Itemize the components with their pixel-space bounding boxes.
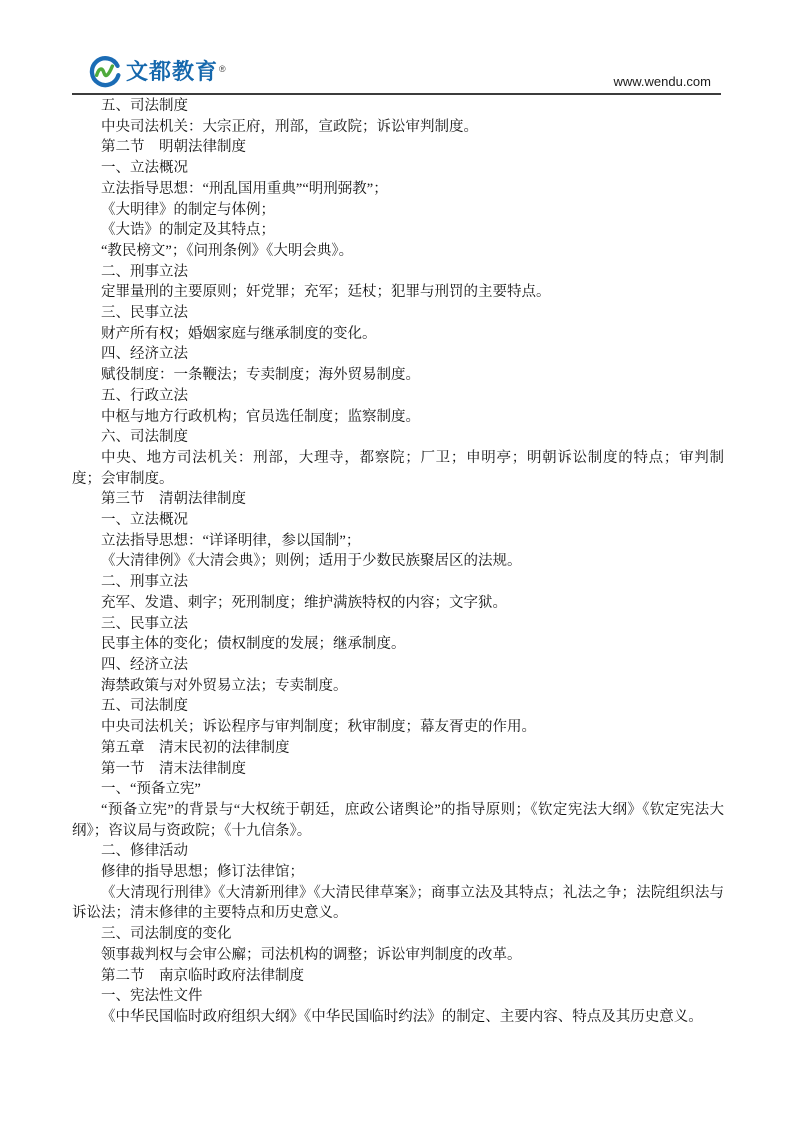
paragraph: 三、民事立法: [72, 614, 724, 635]
paragraph: 六、司法制度: [72, 427, 724, 448]
paragraph: 一、立法概况: [72, 158, 724, 179]
paragraph: 五、司法制度: [72, 696, 724, 717]
paragraph: 定罪量刑的主要原则；奸党罪；充军；廷杖；犯罪与刑罚的主要特点。: [72, 282, 724, 303]
paragraph: “预备立宪”的背景与“大权统于朝廷，庶政公诸舆论”的指导原则；《钦定宪法大纲》《…: [72, 800, 724, 841]
paragraph: 五、司法制度: [72, 96, 724, 117]
paragraph: 二、刑事立法: [72, 572, 724, 593]
paragraph: 一、宪法性文件: [72, 986, 724, 1007]
paragraph: 财产所有权；婚姻家庭与继承制度的变化。: [72, 324, 724, 345]
paragraph: 一、“预备立宪”: [72, 779, 724, 800]
paragraph: 《大清现行刑律》《大清新刑律》《大清民律草案》；商事立法及其特点；礼法之争；法院…: [72, 883, 724, 924]
paragraph: 立法指导思想：“刑乱国用重典”“明刑弼教”；: [72, 179, 724, 200]
paragraph: 《大明律》的制定与体例；: [72, 200, 724, 221]
paragraph: 一、立法概况: [72, 510, 724, 531]
paragraph: 中枢与地方行政机构；官员选任制度；监察制度。: [72, 407, 724, 428]
paragraph: 第三节 清朝法律制度: [72, 489, 724, 510]
paragraph: 三、民事立法: [72, 303, 724, 324]
paragraph: 中央司法机关：大宗正府，刑部，宣政院；诉讼审判制度。: [72, 117, 724, 138]
document-page: 文都教育 ® www.wendu.com 五、司法制度中央司法机关：大宗正府，刑…: [0, 0, 793, 1122]
paragraph: 中央司法机关；诉讼程序与审判制度；秋审制度；幕友胥吏的作用。: [72, 717, 724, 738]
paragraph: 民事主体的变化；债权制度的发展；继承制度。: [72, 634, 724, 655]
paragraph: 二、刑事立法: [72, 262, 724, 283]
paragraph: 《中华民国临时政府组织大纲》《中华民国临时约法》的制定、主要内容、特点及其历史意…: [72, 1007, 724, 1028]
paragraph: “教民榜文”；《问刑条例》《大明会典》。: [72, 241, 724, 262]
registered-trademark-mark: ®: [219, 64, 226, 74]
paragraph: 四、经济立法: [72, 655, 724, 676]
wendu-logo-icon: [88, 55, 121, 88]
paragraph: 五、行政立法: [72, 386, 724, 407]
paragraph: 赋役制度：一条鞭法；专卖制度；海外贸易制度。: [72, 365, 724, 386]
paragraph: 《大诰》的制定及其特点；: [72, 220, 724, 241]
paragraph: 四、经济立法: [72, 344, 724, 365]
paragraph: 《大清律例》《大清会典》；则例；适用于少数民族聚居区的法规。: [72, 551, 724, 572]
header-divider: [72, 93, 721, 95]
paragraph: 二、修律活动: [72, 841, 724, 862]
paragraph: 立法指导思想：“详译明律，参以国制”；: [72, 531, 724, 552]
paragraph: 充军、发遣、刺字；死刑制度；维护满族特权的内容；文字狱。: [72, 593, 724, 614]
brand-logo: 文都教育 ®: [88, 54, 225, 88]
website-url: www.wendu.com: [613, 74, 711, 89]
paragraph: 领事裁判权与会审公廨；司法机构的调整；诉讼审判制度的改革。: [72, 945, 724, 966]
paragraph: 第一节 清末法律制度: [72, 759, 724, 780]
paragraph: 第二节 明朝法律制度: [72, 137, 724, 158]
paragraph: 第二节 南京临时政府法律制度: [72, 966, 724, 987]
paragraph: 中央、地方司法机关：刑部，大理寺，都察院；厂卫；申明亭；明朝诉讼制度的特点；审判…: [72, 448, 724, 489]
paragraph: 修律的指导思想；修订法律馆；: [72, 862, 724, 883]
paragraph: 三、司法制度的变化: [72, 924, 724, 945]
paragraph: 第五章 清末民初的法律制度: [72, 738, 724, 759]
paragraph: 海禁政策与对外贸易立法；专卖制度。: [72, 676, 724, 697]
brand-name: 文都教育: [126, 55, 218, 88]
document-body: 五、司法制度中央司法机关：大宗正府，刑部，宣政院；诉讼审判制度。第二节 明朝法律…: [72, 96, 724, 1028]
